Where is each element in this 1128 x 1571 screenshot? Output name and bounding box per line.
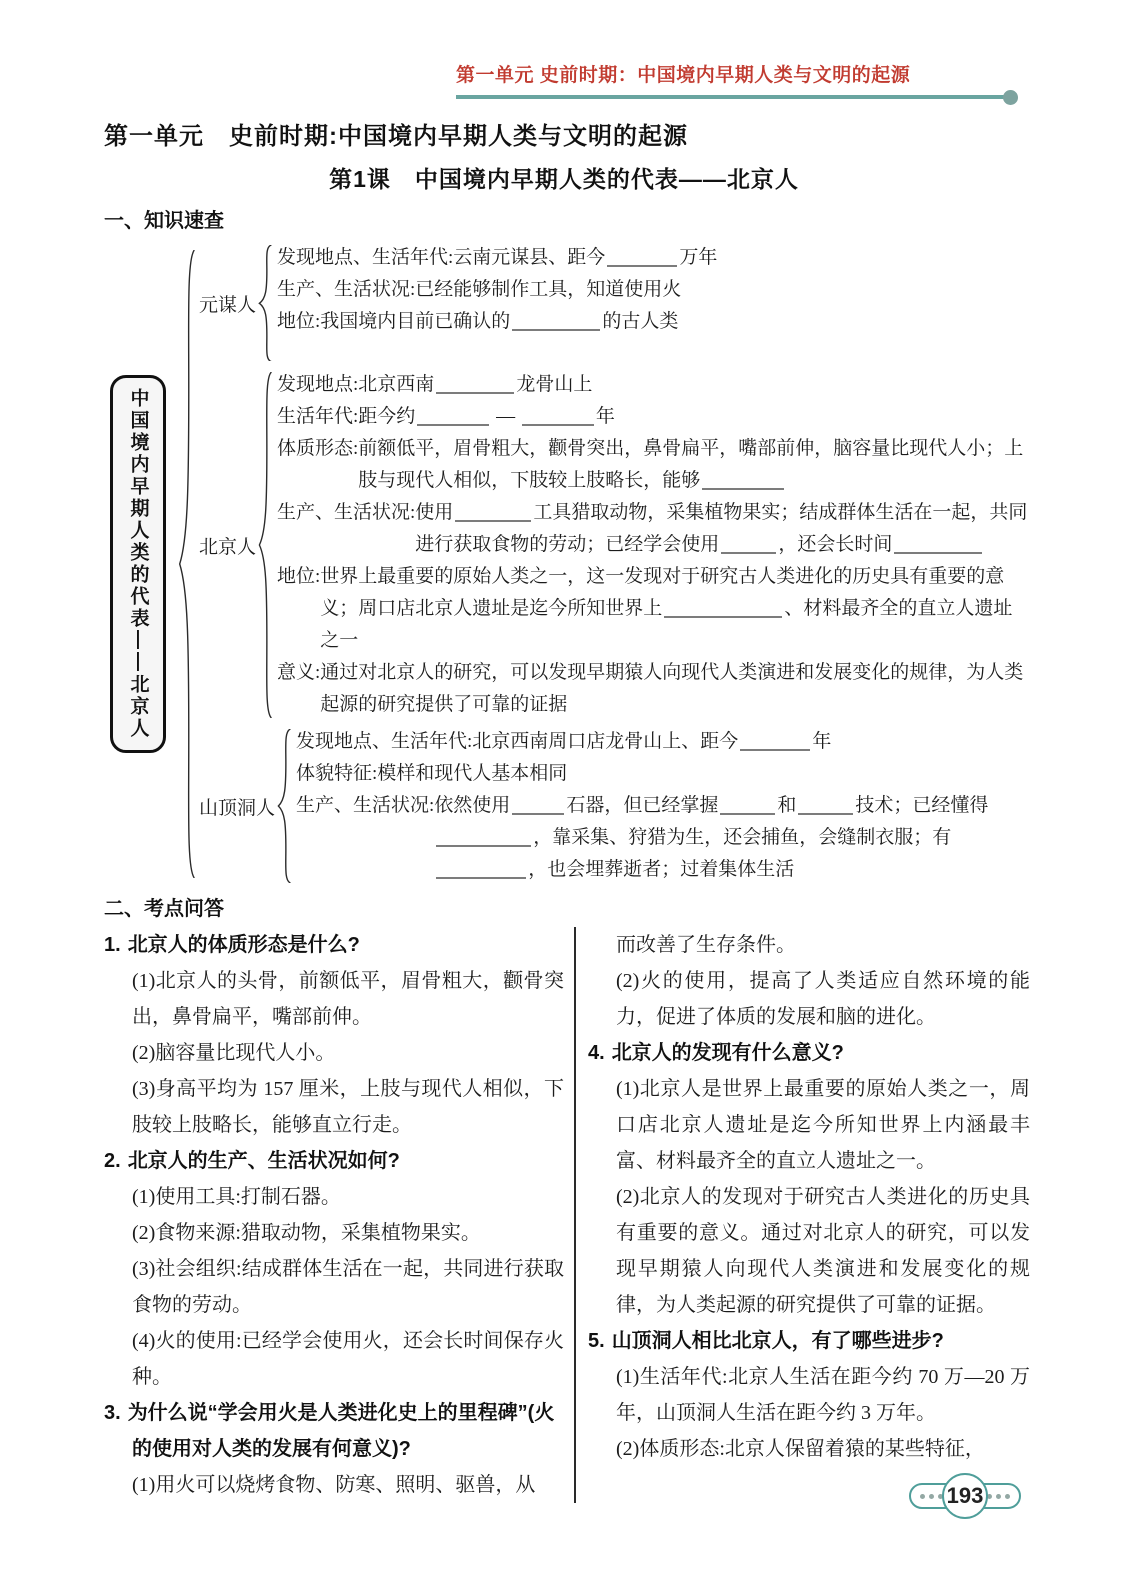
entry-label: 生产、生活状况:: [296, 790, 434, 886]
knowledge-map: 中国境内早期人类的代表——北京人 元谋人发现地点、生活年代:云南元谋县、距今万年…: [104, 236, 1030, 892]
group-brace-icon: [258, 369, 272, 721]
qa-answer: (1)使用工具:打制石器。: [132, 1179, 564, 1215]
entry-body: 北京西南龙骨山上: [358, 369, 1030, 401]
fill-in-blank: [721, 533, 776, 554]
qa-answer: (3)身高平均为 157 厘米，上肢与现代人相似，下肢较上肢略长，能够直立行走。: [132, 1071, 564, 1143]
entry-label: 体质形态:: [277, 433, 358, 497]
mindmap-group: 山顶洞人发现地点、生活年代:北京西南周口店龙骨山上、距今年体貌特征:模样和现代人…: [195, 726, 1030, 886]
mindmap-entry: 生产、生活状况:已经能够制作工具，知道使用火: [277, 274, 1030, 306]
entry-body: 模样和现代人基本相同: [377, 758, 1030, 790]
entry-body: 前额低平，眉骨粗大，颧骨突出，鼻骨扁平，嘴部前伸，脑容量比现代人小；上肢与现代人…: [358, 433, 1030, 497]
qa-column-right: 而改善了生存条件。(2)火的使用，提高了人类适应自然环境的能力，促进了体质的发展…: [576, 927, 1030, 1503]
knowledge-map-groups: 元谋人发现地点、生活年代:云南元谋县、距今万年生产、生活状况:已经能够制作工具，…: [195, 242, 1030, 887]
entry-label: 发现地点:: [277, 369, 358, 401]
entry-body: 通过对北京人的研究，可以发现早期猿人向现代人类演进和发展变化的规律，为人类起源的…: [320, 657, 1030, 721]
entry-label: 发现地点、生活年代:: [296, 726, 472, 758]
mindmap-entry: 意义:通过对北京人的研究，可以发现早期猿人向现代人类演进和发展变化的规律，为人类…: [277, 657, 1030, 721]
group-brace-icon: [258, 242, 272, 365]
entry-label: 生产、生活状况:: [277, 274, 415, 306]
fill-in-blank: [455, 501, 531, 522]
mindmap-entry: 生产、生活状况:使用工具猎取动物，采集植物果实；结成群体生活在一起，共同进行获取…: [277, 497, 1030, 561]
qa-question: 5.山顶洞人相比北京人，有了哪些进步?: [588, 1323, 1030, 1359]
qa-question-number: 4.: [588, 1042, 612, 1064]
qa-answer: (4)火的使用:已经学会使用火，还会长时间保存火种。: [132, 1323, 564, 1395]
qa-answer: (2)北京人的发现对于研究古人类进化的历史具有重要的意义。通过对北京人的研究，可…: [616, 1179, 1030, 1323]
qa-answer: (1)用火可以烧烤食物、防寒、照明、驱兽，从: [132, 1467, 564, 1503]
fill-in-blank: [720, 794, 775, 815]
qa-question-number: 5.: [588, 1330, 612, 1352]
mindmap-group-label: 山顶洞人: [195, 793, 277, 820]
page-number: 193: [942, 1473, 988, 1519]
entry-body: 我国境内目前已确认的的古人类: [320, 306, 1030, 338]
mindmap-entries: 发现地点:北京西南龙骨山上生活年代:距今约 — 年体质形态:前额低平，眉骨粗大，…: [272, 369, 1030, 721]
mindmap-entry: 生产、生活状况:依然使用石器，但已经掌握和技术；已经懂得，靠采集、狩猎为生，还会…: [296, 790, 1030, 886]
mindmap-group-label: 北京人: [195, 532, 258, 559]
dots-left-icon: [920, 1494, 943, 1499]
workbook-page: 第一单元 史前时期：中国境内早期人类与文明的起源 第一单元 史前时期:中国境内早…: [0, 0, 1128, 1571]
entry-label: 发现地点、生活年代:: [277, 242, 453, 274]
entry-body: 世界上最重要的原始人类之一，这一发现对于研究古人类进化的历史具有重要的意义；周口…: [320, 561, 1030, 657]
qa-answer: (3)社会组织:结成群体生活在一起，共同进行获取食物的劳动。: [132, 1251, 564, 1323]
mindmap-group: 北京人发现地点:北京西南龙骨山上生活年代:距今约 — 年体质形态:前额低平，眉骨…: [195, 369, 1030, 721]
lesson-title: 第1课 中国境内早期人类的代表——北京人: [0, 161, 1128, 194]
entry-label: 地位:: [277, 561, 320, 657]
fill-in-blank: [417, 405, 489, 426]
fill-in-blank: [512, 310, 600, 331]
page-number-badge: 193: [905, 1472, 1025, 1522]
qa-section: 1.北京人的体质形态是什么?(1)北京人的头骨，前额低平，眉骨粗大，颧骨突出，鼻…: [104, 927, 1030, 1503]
fill-in-blank: [894, 533, 982, 554]
qa-answer: (2)火的使用，提高了人类适应自然环境的能力，促进了体质的发展和脑的进化。: [616, 963, 1030, 1035]
qa-answer: (2)脑容量比现代人小。: [132, 1035, 564, 1071]
mindmap-group: 元谋人发现地点、生活年代:云南元谋县、距今万年生产、生活状况:已经能够制作工具，…: [195, 242, 1030, 365]
qa-column-left: 1.北京人的体质形态是什么?(1)北京人的头骨，前额低平，眉骨粗大，颧骨突出，鼻…: [104, 927, 576, 1503]
qa-question: 3.为什么说“学会用火是人类进化史上的里程碑”(火的使用对人类的发展有何意义)?: [104, 1395, 564, 1467]
mindmap-entry: 体质形态:前额低平，眉骨粗大，颧骨突出，鼻骨扁平，嘴部前伸，脑容量比现代人小；上…: [277, 433, 1030, 497]
section-heading-qa: 二、考点问答: [104, 892, 224, 921]
qa-question-number: 3.: [104, 1402, 128, 1424]
entry-label: 生产、生活状况:: [277, 497, 415, 561]
qa-question-number: 1.: [104, 934, 128, 956]
unit-header-text: 第一单元 史前时期：中国境内早期人类与文明的起源: [456, 65, 910, 86]
knowledge-map-root-node: 中国境内早期人类的代表——北京人: [110, 375, 166, 753]
entry-label: 生活年代:: [277, 401, 358, 433]
fill-in-blank: [740, 730, 810, 751]
unit-title: 第一单元 史前时期:中国境内早期人类与文明的起源: [104, 116, 688, 151]
mindmap-group-label: 元谋人: [195, 290, 258, 317]
group-brace-icon: [277, 726, 291, 886]
entry-body: 使用工具猎取动物，采集植物果实；结成群体生活在一起，共同进行获取食物的劳动；已经…: [415, 497, 1030, 561]
entry-label: 体貌特征:: [296, 758, 377, 790]
qa-answer: (2)食物来源:猎取动物，采集植物果实。: [132, 1215, 564, 1251]
dots-right-icon: [987, 1494, 1010, 1499]
mindmap-entry: 地位:世界上最重要的原始人类之一，这一发现对于研究古人类进化的历史具有重要的意义…: [277, 561, 1030, 657]
qa-answer: (1)北京人是世界上最重要的原始人类之一，周口店北京人遗址是迄今所知世界上内涵最…: [616, 1071, 1030, 1179]
mindmap-entries: 发现地点、生活年代:云南元谋县、距今万年生产、生活状况:已经能够制作工具，知道使…: [272, 242, 1030, 365]
qa-answer: (1)北京人的头骨，前额低平，眉骨粗大，颧骨突出，鼻骨扁平，嘴部前伸。: [132, 963, 564, 1035]
mindmap-entry: 体貌特征:模样和现代人基本相同: [296, 758, 1030, 790]
fill-in-blank: [702, 469, 784, 490]
fill-in-blank: [798, 794, 853, 815]
qa-question-number: 2.: [104, 1150, 128, 1172]
qa-question: 4.北京人的发现有什么意义?: [588, 1035, 1030, 1071]
unit-header: 第一单元 史前时期：中国境内早期人类与文明的起源: [456, 60, 1012, 99]
entry-body: 已经能够制作工具，知道使用火: [415, 274, 1030, 306]
entry-body: 距今约 — 年: [358, 401, 1030, 433]
root-brace-icon: [178, 236, 195, 892]
mindmap-entry: 地位:我国境内目前已确认的的古人类: [277, 306, 1030, 338]
fill-in-blank: [512, 794, 564, 815]
qa-question: 1.北京人的体质形态是什么?: [104, 927, 564, 963]
entry-body: 依然使用石器，但已经掌握和技术；已经懂得，靠采集、狩猎为生，还会捕鱼，会缝制衣服…: [434, 790, 1030, 886]
entry-body: 北京西南周口店龙骨山上、距今年: [472, 726, 1030, 758]
entry-body: 云南元谋县、距今万年: [453, 242, 1030, 274]
qa-answer: (1)生活年代:北京人生活在距今约 70 万—20 万年，山顶洞人生活在距今约 …: [616, 1359, 1030, 1431]
entry-label: 地位:: [277, 306, 320, 338]
mindmap-entry: 发现地点:北京西南龙骨山上: [277, 369, 1030, 401]
fill-in-blank: [436, 373, 514, 394]
rule-end-dot-icon: [1003, 90, 1018, 105]
mindmap-entry: 发现地点、生活年代:云南元谋县、距今万年: [277, 242, 1030, 274]
fill-in-blank: [607, 246, 677, 267]
qa-question: 2.北京人的生产、生活状况如何?: [104, 1143, 564, 1179]
fill-in-blank: [436, 858, 526, 879]
fill-in-blank: [436, 826, 531, 847]
mindmap-entry: 发现地点、生活年代:北京西南周口店龙骨山上、距今年: [296, 726, 1030, 758]
mindmap-entry: 生活年代:距今约 — 年: [277, 401, 1030, 433]
fill-in-blank: [664, 597, 782, 618]
entry-label: 意义:: [277, 657, 320, 721]
section-heading-knowledge: 一、知识速查: [104, 204, 224, 233]
qa-answer: (2)体质形态:北京人保留着猿的某些特征，: [616, 1431, 1030, 1467]
fill-in-blank: [522, 405, 594, 426]
qa-answer-continuation: 而改善了生存条件。: [616, 927, 1030, 963]
mindmap-entries: 发现地点、生活年代:北京西南周口店龙骨山上、距今年体貌特征:模样和现代人基本相同…: [291, 726, 1030, 886]
